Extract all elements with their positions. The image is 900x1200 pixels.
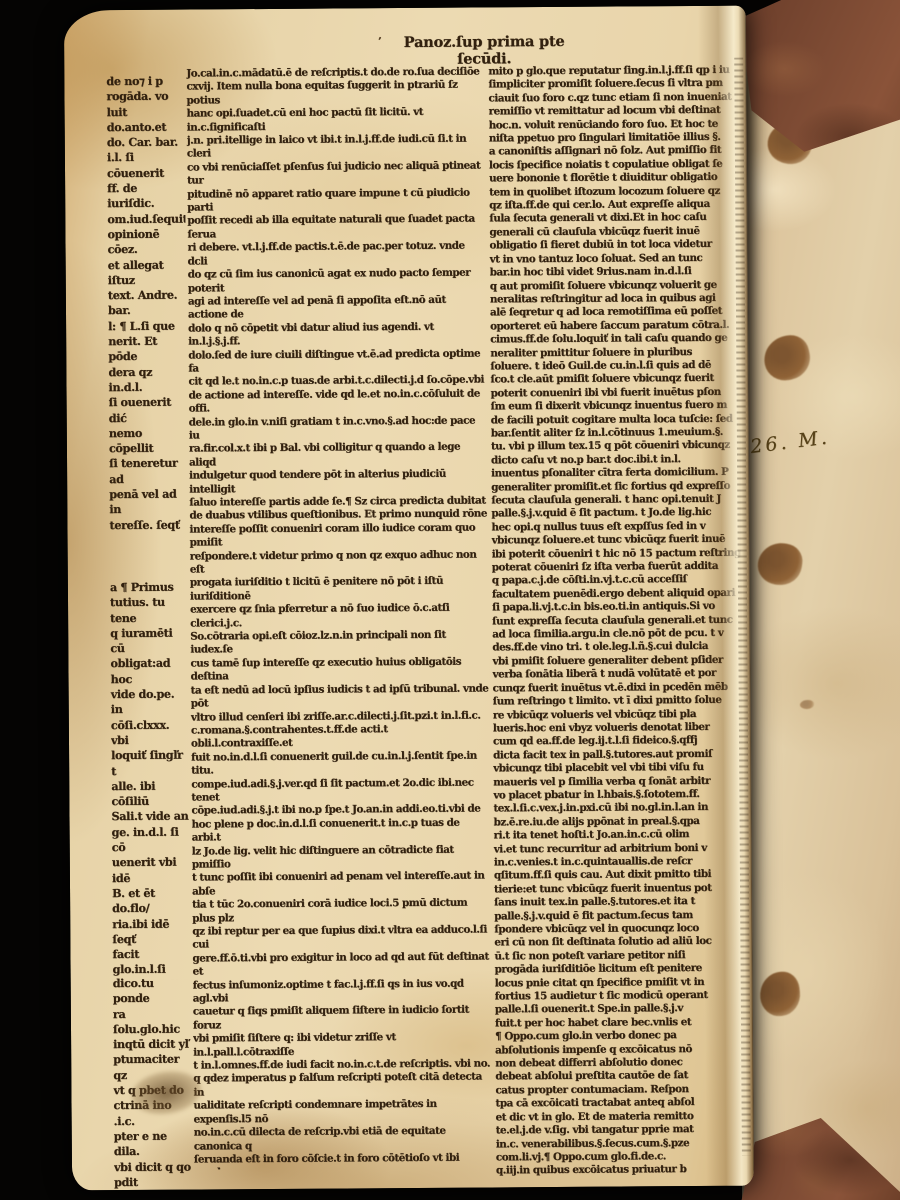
marginalia-block-b: a ¶ Primus tutius. tu tene q iuramēti cū… [110,580,191,981]
page-curl-edge [698,6,754,1186]
book-page: ’ Panoz.ſup prima pte ſecūdi. de no⁊ i p… [64,6,754,1191]
marginalia-block-a: de no⁊ i p rogāda. vo luit do.anto.et do… [106,74,187,537]
leather-stain-spot [800,700,814,709]
text-column-left: Jo.cal.in.c.mādatū.ē de reſcriptis.t do.… [186,65,492,1169]
running-header: Panoz.ſup prima pte ſecūdi. [394,33,574,68]
header-ink-fleck: ’ [378,36,382,47]
flyleaf-page [742,52,900,1200]
photo-backdrop: 26. M. ’ Panoz.ſup prima pte ſecūdi. de … [0,0,900,1200]
